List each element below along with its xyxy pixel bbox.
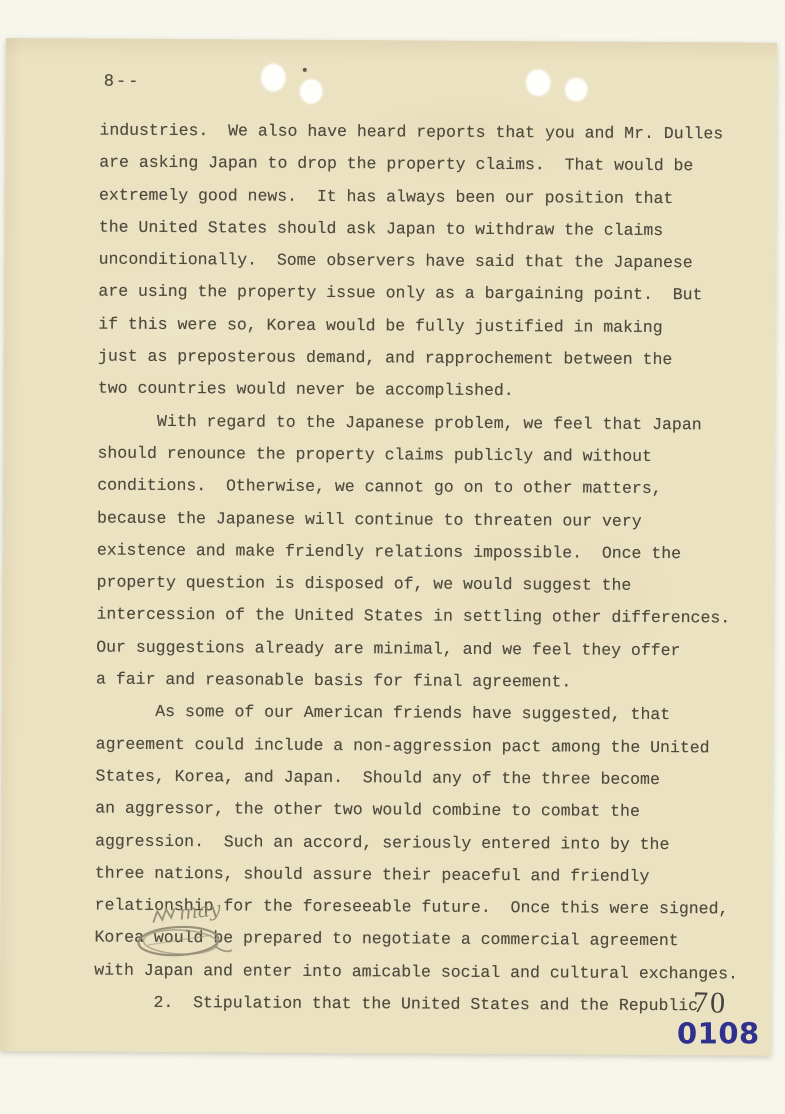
punch-hole — [566, 78, 587, 100]
text-line: property question is disposed of, we wou… — [97, 567, 767, 603]
text-line: Korea would be prepared to negotiate a c… — [94, 922, 764, 958]
text-line: intercession of the United States in set… — [96, 599, 766, 635]
text-line: conditions. Otherwise, we cannot go on t… — [97, 470, 767, 506]
text-line: an aggressor, the other two would combin… — [95, 793, 765, 829]
text-line: With regard to the Japanese problem, we … — [98, 405, 768, 441]
text-line: industries. We also have heard reports t… — [99, 115, 769, 151]
page-number: 8-- — [104, 73, 141, 92]
text-line: the United States should ask Japan to wi… — [99, 211, 769, 247]
text-line: agreement could include a non-aggression… — [96, 728, 766, 764]
document-body: industries. We also have heard reports t… — [94, 115, 770, 1023]
text-line: Our suggestions already are minimal, and… — [96, 631, 766, 667]
scan-background: 8-- industries. We also have heard repor… — [0, 0, 785, 1114]
archive-stamp-number: 0108 — [677, 1016, 760, 1050]
punch-hole — [262, 65, 285, 91]
text-line: a fair and reasonable basis for final ag… — [96, 664, 766, 700]
text-line: aggression. Such an accord, seriously en… — [95, 825, 765, 861]
text-line: relationship for the foreseeable future.… — [95, 890, 765, 926]
circled-word: would — [154, 928, 204, 947]
text-line: just as preposterous demand, and rapproc… — [98, 341, 768, 377]
line-prefix: Korea — [94, 928, 154, 947]
text-line: with Japan and enter into amicable socia… — [94, 954, 764, 990]
text-line: if this were so, Korea would be fully ju… — [98, 308, 768, 344]
text-line: 2. Stipulation that the United States an… — [94, 987, 764, 1023]
text-line: are using the property issue only as a b… — [98, 276, 768, 312]
text-line: extremely good news. It has always been … — [99, 179, 769, 215]
punch-hole — [301, 80, 322, 103]
text-line: are asking Japan to drop the property cl… — [99, 147, 769, 183]
ink-speck — [303, 68, 307, 72]
text-line: three nations, should assure their peace… — [95, 857, 765, 893]
text-line: because the Japanese will continue to th… — [97, 502, 767, 538]
text-line: As some of our American friends have sug… — [96, 696, 766, 732]
punch-hole — [527, 70, 550, 95]
text-line: should renounce the property claims publ… — [97, 438, 767, 474]
text-line: States, Korea, and Japan. Should any of … — [95, 760, 765, 796]
text-line: two countries would never be accomplishe… — [98, 373, 768, 409]
text-line: existence and make friendly relations im… — [97, 534, 767, 570]
document-page: 8-- industries. We also have heard repor… — [0, 38, 777, 1056]
line-suffix: be prepared to negotiate a commercial ag… — [203, 929, 678, 951]
text-line: unconditionally. Some observers have sai… — [99, 244, 769, 280]
